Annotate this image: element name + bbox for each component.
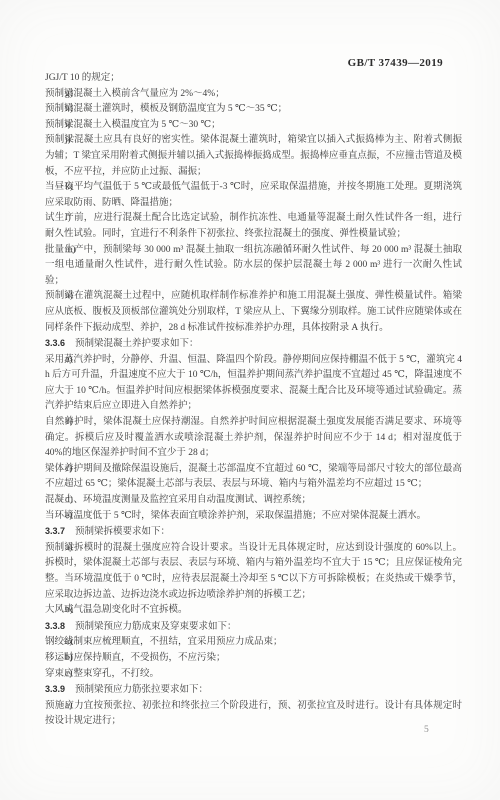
list-item-label: a) <box>65 635 72 651</box>
clause-number: 3.3.9 <box>45 682 75 698</box>
clause-title: 预制梁预应力筋张拉要求如下： <box>75 685 208 695</box>
list-item-label: n) <box>65 289 73 305</box>
list-item: d)混凝土、环境温度测量及监控宜采用自动温度测试、调控系统； <box>45 493 462 509</box>
clause-heading: 3.3.8预制梁预应力筋成束及穿束要求如下： <box>45 619 462 636</box>
list-item-text: 采用蒸汽养护时，分静停、升温、恒温、降温四个阶段。静停期间应保持棚温不低于 5 … <box>45 355 462 412</box>
list-item: b)大风或气温急剧变化时不宜拆模。 <box>45 603 462 619</box>
list-item: b)移运时应保持顺直，不受损伤，不应污染； <box>45 651 462 667</box>
list-item-text: 预施应力宜按预张拉、初张拉和终张拉三个阶段进行，预、初张拉宜及时进行。设计有具体… <box>45 701 462 727</box>
list-item-label: a) <box>65 541 72 557</box>
list-item-text: 试生产前，应进行混凝土配合比选定试验，制作抗冻性、电通量等混凝土耐久性试件各一组… <box>45 213 462 239</box>
list-item: a)采用蒸汽养护时，分静停、升温、恒温、降温四个阶段。静停期间应保持棚温不低于 … <box>45 353 462 415</box>
clause-title: 预制梁拆模要求如下： <box>75 527 170 537</box>
list-item: c)梁体养护期间及撤除保温设施后，混凝土芯部温度不宜超过 60 ℃，梁端等局部尺… <box>45 462 462 493</box>
page-number: 5 <box>424 725 429 735</box>
list-item-label: h) <box>65 102 73 118</box>
list-item-text: 自然养护时，梁体混凝土应保持潮湿。自然养护时间应根据混凝土强度发展能否满足要求、… <box>45 417 462 458</box>
list-item-label: i) <box>65 118 71 134</box>
list-item-text: 钢绞线制束应梳理顺直，不扭结，宜采用预应力成品束； <box>45 637 283 647</box>
list-item-label: b) <box>65 603 73 619</box>
list-item: a)预制梁拆模时的混凝土强度应符合设计要求。当设计无具体规定时，应达到设计强度的… <box>45 541 462 603</box>
list-item: a)预施应力宜按预张拉、初张拉和终张拉三个阶段进行，预、初张拉宜及时进行。设计有… <box>45 699 462 730</box>
list-item: c)穿束应整束穿孔，不打绞。 <box>45 667 462 683</box>
list-item-text: 预制梁在灌筑混凝土过程中，应随机取样制作标准养护和施工用混凝土强度、弹性模量试件… <box>45 291 462 332</box>
list-item-label: b) <box>65 415 73 431</box>
list-item-label: b) <box>65 651 73 667</box>
list-item-label: j) <box>65 133 71 149</box>
list-item: b)自然养护时，梁体混凝土应保持潮湿。自然养护时间应根据混凝土强度发展能否满足要… <box>45 415 462 462</box>
continuation-line: JGJ/T 10 的规定； <box>45 71 462 87</box>
list-item-label: m) <box>65 243 76 259</box>
list-item-label: c) <box>65 667 72 683</box>
clause-heading: 3.3.9预制梁预应力筋张拉要求如下： <box>45 682 462 699</box>
list-item-text: 预制梁拆模时的混凝土强度应符合设计要求。当设计无具体规定时，应达到设计强度的 6… <box>45 543 462 600</box>
list-item-text: 当环境温度低于 5 ℃时，梁体表面宜喷涂养护剂，采取保温措施；不应对梁体混凝土洒… <box>45 511 426 521</box>
list-item-label: d) <box>65 493 73 509</box>
list-item-label: a) <box>65 699 72 715</box>
list-item-label: l) <box>65 211 71 227</box>
list-item-text: 当昼夜平均气温低于 5 ℃或最低气温低于-3 ℃时，应采取保温措施，并按冬期施工… <box>45 182 462 208</box>
clause-heading: 3.3.7预制梁拆模要求如下： <box>45 524 462 541</box>
clause-number: 3.3.6 <box>45 336 75 352</box>
list-item-label: c) <box>65 462 72 478</box>
list-item-text: 预制梁混凝土灌筑时，模板及钢筋温度宜为 5 ℃～35 ℃； <box>45 104 287 114</box>
list-item: n)预制梁在灌筑混凝土过程中，应随机取样制作标准养护和施工用混凝土强度、弹性模量… <box>45 289 462 336</box>
list-item: k)当昼夜平均气温低于 5 ℃或最低气温低于-3 ℃时，应采取保温措施，并按冬期… <box>45 180 462 211</box>
list-item-label: k) <box>65 180 73 196</box>
scanned-standard-page: GB/T 37439—2019 JGJ/T 10 的规定；g)预制梁混凝土入模前… <box>0 0 500 800</box>
list-item-text: 预制梁混凝土应具有良好的密实性。梁体混凝土灌筑时，箱梁宜以插入式振捣棒为主、附着… <box>45 135 462 176</box>
list-item-label: a) <box>65 353 72 369</box>
clause-number: 3.3.8 <box>45 619 75 635</box>
list-item-label: e) <box>65 509 72 525</box>
clause-number: 3.3.7 <box>45 524 75 540</box>
clause-title: 预制梁混凝土养护要求如下： <box>75 339 199 349</box>
list-item: l)试生产前，应进行混凝土配合比选定试验，制作抗冻性、电通量等混凝土耐久性试件各… <box>45 211 462 242</box>
list-item: g)预制梁混凝土入模前含气量应为 2%～4%； <box>45 87 462 103</box>
continuation-text: JGJ/T 10 的规定； <box>45 73 120 83</box>
list-item: h)预制梁混凝土灌筑时，模板及钢筋温度宜为 5 ℃～35 ℃； <box>45 102 462 118</box>
list-item: j)预制梁混凝土应具有良好的密实性。梁体混凝土灌筑时，箱梁宜以插入式振捣棒为主、… <box>45 133 462 180</box>
list-item-text: 混凝土、环境温度测量及监控宜采用自动温度测试、调控系统； <box>45 495 311 505</box>
list-item: m)批量生产中，预制梁每 30 000 m³ 混凝土抽取一组抗冻融循环耐久性试件… <box>45 243 462 290</box>
clause-heading: 3.3.6预制梁混凝土养护要求如下： <box>45 336 462 353</box>
clause-title: 预制梁预应力筋成束及穿束要求如下： <box>75 622 237 632</box>
list-item: e)当环境温度低于 5 ℃时，梁体表面宜喷涂养护剂，采取保温措施；不应对梁体混凝… <box>45 509 462 525</box>
list-item-text: 预制梁混凝土入模温度宜为 5 ℃～30 ℃； <box>45 120 221 130</box>
document-body: JGJ/T 10 的规定；g)预制梁混凝土入模前含气量应为 2%～4%；h)预制… <box>45 71 462 730</box>
list-item-text: 穿束应整束穿孔，不打绞。 <box>45 669 159 679</box>
standard-number-header: GB/T 37439—2019 <box>348 57 443 69</box>
list-item: a)钢绞线制束应梳理顺直，不扭结，宜采用预应力成品束； <box>45 635 462 651</box>
list-item: i)预制梁混凝土入模温度宜为 5 ℃～30 ℃； <box>45 118 462 134</box>
list-item-label: g) <box>65 87 73 103</box>
list-item-text: 梁体养护期间及撤除保温设施后，混凝土芯部温度不宜超过 60 ℃，梁端等局部尺寸较… <box>45 464 462 490</box>
list-item-text: 批量生产中，预制梁每 30 000 m³ 混凝土抽取一组抗冻融循环耐久性试件、每… <box>45 245 462 286</box>
